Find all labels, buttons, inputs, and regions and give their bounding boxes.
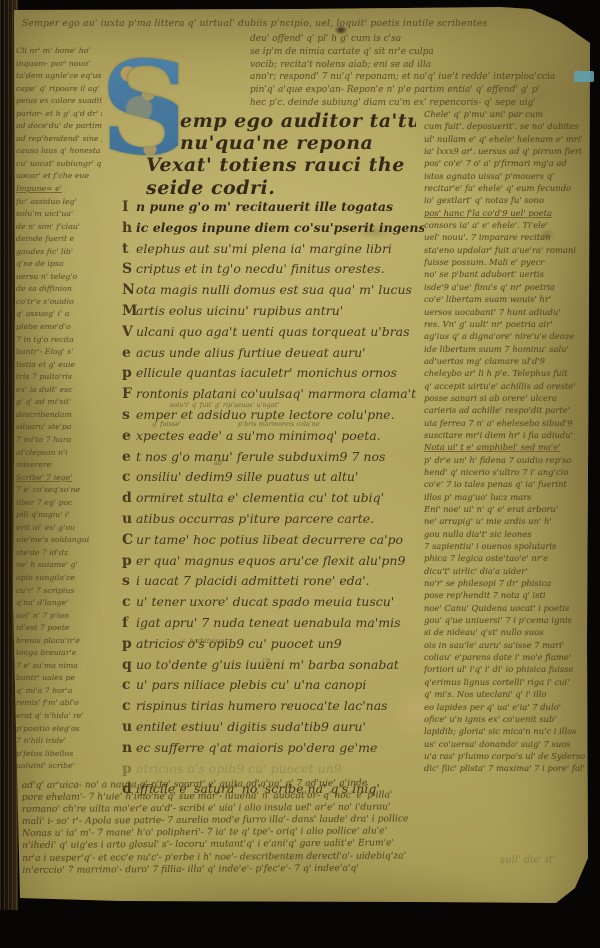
verse-line: expectes eade' a su'mo minimoq' poeta.	[122, 426, 424, 447]
verse-text: rispinus tirias humero reuoca'te lac'nas	[136, 698, 388, 713]
gloss-line: cape' q' ripoare il ag'	[16, 83, 102, 96]
gloss-line: fic' assiduo leg'	[16, 196, 102, 209]
gloss-line: ex' ia dult' esc	[16, 384, 102, 397]
verse-text: er qua' magnus equos aru'ce flexit alu'p…	[136, 553, 405, 568]
verse-text: elephus aut su'mi plena ia' margine libr…	[136, 241, 392, 256]
incipit-display-script: emp ego auditor ta'tu'nu'qua'ne reponaVe…	[146, 110, 416, 199]
gloss-line: recitar'e' fa' ehele' q' eum fecundo	[424, 182, 586, 194]
gloss-line: gaudes fic' lib'	[16, 246, 102, 259]
versal-letter: p	[122, 760, 136, 780]
gloss-line: 7 n'hili iride'	[16, 735, 102, 748]
versal-letter: c	[122, 468, 136, 488]
interlinear-gloss: i'9	[262, 657, 270, 665]
gloss-line: carieris ad achille' respo'dit parte'	[424, 404, 586, 416]
versal-letter: e	[122, 427, 136, 447]
versal-letter: u	[122, 718, 136, 738]
gloss-line: 7 e' su'ma nima	[16, 660, 102, 673]
versal-letter: p	[122, 364, 136, 384]
verse-text: atibus occurras p'iture parcere carte.	[136, 511, 374, 526]
verse-line: per qua' magnus equos aru'ce flexit alu'…	[122, 551, 424, 572]
verse-line: si uacat 7 placidi admitteti rone' eda'.	[122, 571, 424, 592]
verse-line: cu' pars niliace plebis cu' u'na canopi	[122, 675, 424, 696]
versal-letter: p	[122, 552, 136, 572]
gloss-line: plebe eme'd'o	[16, 321, 102, 334]
gloss-line: bantr'- Elog' s'	[16, 346, 102, 359]
gloss-line: q' accepit uirtu'e' achillis ad oreste'	[424, 380, 586, 392]
gloss-line: fuisse possum. Mali e' pyecr	[424, 256, 586, 268]
gloss-line: io' gestlart' q' notas fu' sono	[424, 194, 586, 206]
gloss-line: cheleybo ar' li h p'e. Telephus fuit	[424, 367, 586, 379]
gloss-line: eo lapides per q' ua' e'ia' 7 dulo'	[424, 701, 586, 713]
gloss-line: dicu't' uirlic' dia'a uider'	[424, 565, 586, 577]
verse-line: uentilet estiuu' digitis suda'tib9 auru'	[122, 717, 424, 738]
gloss-line: al'clepson n'i	[16, 447, 102, 460]
gloss-line: ano'r; respond' 7 nu'q' reponam; et no'q…	[250, 71, 582, 84]
incipit-line: emp ego auditor ta'tu'	[146, 110, 416, 132]
versal-letter: s	[122, 406, 136, 426]
gloss-line: fortiori ul' i'q' i' di' io phisica fuis…	[424, 663, 586, 675]
gloss-line: describendam	[16, 409, 102, 422]
gloss-line: Eni' noe' ui' n' q' e' erat arboru'	[424, 503, 586, 515]
interlinear-gloss: s. barbito'sor'	[182, 637, 227, 645]
gloss-line: breuis placu'ir'e	[16, 635, 102, 648]
gloss-line: Chele' q' p'mu' uni' par cum	[424, 108, 586, 120]
gloss-line: consors ia' a' e' ehele'. Ti'ele'	[424, 219, 586, 231]
versal-letter: p	[122, 635, 136, 655]
gloss-line: gou' q'ue uniuersi' 7 i p'cema ignis	[424, 614, 586, 626]
gloss-line: co'e' 7 io tales penas q' ia' fuerint	[424, 478, 586, 490]
verse-line: Scriptus et in tg'o necdu' finitus orest…	[122, 259, 424, 280]
versal-letter: c	[122, 676, 136, 696]
verse-text: igat apru' 7 nuda teneat uenabula ma'mis	[136, 615, 401, 630]
gloss-line: pin'q' a'que expo'an- Repon'e n' p'e par…	[250, 84, 582, 97]
gloss-line: phica 7 legica oste'tao'e' nr'e	[424, 552, 586, 564]
gloss-line: uie'me's soldangui	[16, 534, 102, 547]
versal-letter: u	[122, 510, 136, 530]
verse-line: uatibus occurras p'iture parcere carte.	[122, 509, 424, 530]
versal-letter: C	[122, 531, 136, 551]
verse-text: u' tener uxore' ducat spado meuia tuscu'	[136, 594, 394, 609]
verse-line: quo to'dente g'uis iuueni m' barba sonab…	[122, 655, 424, 676]
interlinear-gloss: p'bris marmoreis cola'ne	[238, 420, 320, 428]
versal-letter: t	[122, 240, 136, 260]
versal-letter: e	[122, 344, 136, 364]
gloss-line: q' mi's. Nos uteclani' q' i' illo	[424, 688, 586, 700]
gloss-line: no' se p'bant adubort' uertis	[424, 268, 586, 280]
gloss-line: coliau' e'parens date i' mo'e flame'	[424, 651, 586, 663]
gloss-line: solu'm uict'ua'	[16, 208, 102, 221]
gloss-line: deinde fuerit e	[16, 233, 102, 246]
gloss-line: ne' arrapig' u' mie ardis un' h'	[424, 515, 586, 527]
gloss-line: 7 sapientiu' i ouenos spolutaris	[424, 540, 586, 552]
gloss-line: illos p' mag'uo' lucz mars	[424, 491, 586, 503]
verse-line: hic elegos inpune diem co'su'pserit inge…	[122, 218, 424, 239]
verse-text: onsiliu' dedim9 sille puatus ut altu'	[136, 469, 358, 484]
gloss-line: q'ne de ipsa	[16, 258, 102, 271]
gloss-line: ide libertum suum 7 hominu' salu'	[424, 343, 586, 355]
gloss-line: vocib; recita't nolens aiab; eni se ad i…	[250, 59, 582, 72]
verse-text: ur tame' hoc potius libeat decurrere ca'…	[136, 532, 403, 547]
gloss-line: pos' hanc f'la co'd'9 uel' poeta	[424, 207, 586, 219]
gloss-line: cu'r' 7 scripius	[16, 585, 102, 598]
gloss-line: uocar' et f'che eue	[16, 170, 102, 183]
gloss-line: ne' h suiame' g'	[16, 559, 102, 572]
gloss-line: miserere	[16, 459, 102, 472]
verse-line: Cur tame' hoc potius libeat decurrere ca…	[122, 530, 424, 551]
verse-line: Martis eolus uicinu' rupibus antru'	[122, 301, 424, 322]
gloss-line: deu' offend' q' pl' h g' cum is c'sa	[250, 33, 582, 46]
gloss-line: inquam- por' nouo'	[16, 58, 102, 71]
verse-line: pellicule quantas iaculetr' monichus orn…	[122, 363, 424, 384]
gloss-line: 7 mi'ta 7 hara	[16, 434, 102, 447]
verse-text: rontonis platani co'uulsaq' marmora clam…	[136, 386, 416, 401]
verse-line: eacus unde alius furtiue deueat auru'	[122, 343, 424, 364]
right-margin-commentary-column: Chele' q' p'mu' uni' par cumcum fuit'. d…	[424, 108, 586, 775]
gloss-line: cu' uocat' subiungr' q' se	[16, 158, 102, 171]
versal-letter: M	[122, 302, 136, 322]
versal-letter: f	[122, 614, 136, 634]
interlinear-gloss: ad'	[214, 459, 224, 467]
verse-line: Vulcani quo aga't uenti quas torqueat u'…	[122, 322, 424, 343]
versal-letter: q	[122, 656, 136, 676]
versal-letter: I	[122, 198, 136, 218]
interlinear-gloss: solu't' q' fuit' g' rip'seuas' u'ngat'	[170, 401, 279, 409]
left-margin-gloss-column: Cli nr' m' bone' ho'inquam- por' nouo'ta…	[16, 45, 102, 773]
gloss-line: no'r' se philesopi 7 dr' phisica	[424, 577, 586, 589]
gloss-line: 7 e' co'seq'so'ne	[16, 484, 102, 497]
foot-inscription: sull' die' it'	[500, 855, 555, 866]
gloss-line: posse sanari si ab orere' ulcera	[424, 392, 586, 404]
gloss-line: p'fetos libellos	[16, 748, 102, 761]
verse-text: ormiret stulta e' clementia cu' tot ubiq…	[136, 490, 384, 505]
verse-line: nec sufferre q'at maioris po'dera ge'me	[122, 738, 424, 759]
parchment-page: Semper ego au' iuxta p'ma littera q' uir…	[0, 0, 600, 948]
gloss-line: peius ex calore suadi9	[16, 95, 102, 108]
verse-text: ota magis nulli domus est sua qua' m' lu…	[136, 282, 412, 297]
main-verse-column: In pune g'o m' recitauerit ille togatash…	[122, 197, 424, 800]
gloss-line: longa breuiar'e	[16, 647, 102, 660]
verse-line: patricios o's opib9 cu' puocet un9	[122, 759, 424, 780]
verse-text: xpectes eade' a su'mo minimoq' poeta.	[136, 428, 381, 443]
blue-pigment-mark	[574, 71, 594, 82]
verse-line: crispinus tirias humero reuoca'te lac'na…	[122, 696, 424, 717]
verse-line: patricios o's opib9 cu' puocet un9	[122, 634, 424, 655]
gloss-line: de n' sim' f'clau'	[16, 221, 102, 234]
verse-line: et nos g'o manu' ferule subduxim9 7 nos	[122, 447, 424, 468]
interlinear-gloss: q' fuisse'	[152, 420, 181, 428]
gloss-line: q' assuog' i' a	[16, 308, 102, 321]
gloss-line: remis' f'm' abl'o	[16, 697, 102, 710]
gloss-line: ofice' u'n ignis ex' co'uenit sub'	[424, 713, 586, 725]
gloss-line: de sa diffinion	[16, 283, 102, 296]
gloss-line: Cli nr' m' bone' ho'	[16, 45, 102, 58]
gloss-line: sta'eno updolar' fuit a'ue'ra' romani	[424, 244, 586, 256]
gloss-line: uia ferrea 7 n' a' ehelesebo sibud'9	[424, 417, 586, 429]
gloss-line: ia' lxxx9 ar'. uersus ad q' pirrum fieri	[424, 145, 586, 157]
gloss-line: dic' fiic' plista' 7 maxima' 7 i pore' f…	[424, 762, 586, 774]
gloss-line: cum fuit'. deposuerit'. se no' dubites	[424, 120, 586, 132]
verse-line: Nota magis nulli domus est sua qua' m' l…	[122, 280, 424, 301]
verse-line: dormiret stulta e' clementia cu' tot ubi…	[122, 488, 424, 509]
verse-line: figat apru' 7 nuda teneat uenabula ma'mi…	[122, 613, 424, 634]
gloss-line: erat q' n'hida' re'	[16, 710, 102, 723]
incipit-line: Vexat' totiens rauci the	[146, 154, 416, 176]
gloss-line: res. Vn' g' uult' nr' poetria air'	[424, 318, 586, 330]
gloss-line: apio sungila'ce	[16, 572, 102, 585]
incipit-line: seide codri.	[146, 177, 416, 199]
verse-text: atricios o's opib9 cu' puocet un9	[136, 761, 342, 776]
versal-letter: F	[122, 385, 136, 405]
gloss-line: si de nideau' q'st' nullo suos	[424, 626, 586, 638]
gloss-line: lapidib; gloria' sic mica'n nu'c i illos	[424, 725, 586, 737]
gloss-line: ad'uertos mg' clamare ul'd'9	[424, 355, 586, 367]
gloss-line: pos' co'e' 7 o' a' p'firmari mg'a ad	[424, 157, 586, 169]
gloss-line: g' q' ad mi'sit'	[16, 396, 102, 409]
gloss-line: se ip'm de nimia cartate q' sit nr'e cul…	[250, 46, 582, 59]
versal-letter: e	[122, 448, 136, 468]
gloss-line: u'a ras' p'luimo corpo's ul' de Syderso	[424, 750, 586, 762]
top-right-gloss-block: deu' offend' q' pl' h g' cum is c'sase i…	[250, 33, 582, 110]
gloss-line: erit ui' ex' g'ou	[16, 522, 102, 535]
gloss-line: pili q'nagiu' i'	[16, 509, 102, 522]
versal-letter: S	[122, 260, 136, 280]
gloss-line: ta'dem agnle'ce eq'us	[16, 70, 102, 83]
gloss-line: hend' q' nicerio s'ultro 7 i' ang'cio	[424, 466, 586, 478]
gloss-line: istos agnato uissa' p'mouers q'	[424, 170, 586, 182]
versal-letter: d	[122, 489, 136, 509]
gloss-line: noe' Canu' Quidena uocat' i poetis	[424, 602, 586, 614]
verse-text: t nos g'o manu' ferule subduxim9 7 nos	[136, 449, 385, 464]
verse-text: ec sufferre q'at maioris po'dera ge'me	[136, 740, 377, 755]
versal-letter: s	[122, 572, 136, 592]
gloss-line: tris 7 pulto'ris	[16, 371, 102, 384]
verse-line: consiliu' dedim9 sille puatus ut altu'	[122, 467, 424, 488]
gloss-line: q'erimus lignus cortelli' riga i' cui'	[424, 676, 586, 688]
verse-line: telephus aut su'mi plena ia' margine lib…	[122, 239, 424, 260]
gloss-line: uoluint' scribe'	[16, 760, 102, 773]
gloss-line: uel' nouu'. 7 imparare recitan	[424, 231, 586, 243]
verse-line: cu' tener uxore' ducat spado meuia tuscu…	[122, 592, 424, 613]
gloss-line: ois in sau'le' auru' sa'isse 7 mari'	[424, 639, 586, 651]
gloss-line: pose rep'hendit 7 nota q' isti	[424, 589, 586, 601]
verse-text: entilet estiuu' digitis suda'tib9 auru'	[136, 719, 366, 734]
gloss-line: isde'9 a'ue' finu's q' nr' poetria	[424, 281, 586, 293]
verse-text: n pune g'o m' recitauerit ille togatas	[136, 199, 393, 214]
verse-text: i uacat 7 placidi admitteti rone' eda'.	[136, 573, 370, 588]
gloss-line: causa laus q' honesta re	[16, 145, 102, 158]
gloss-line: liber 7 eg' poc	[16, 497, 102, 510]
versal-letter: N	[122, 281, 136, 301]
versal-letter: c	[122, 697, 136, 717]
verse-text: ulcani quo aga't uenti quas torqueat u'b…	[136, 324, 410, 339]
verse-text: u' pars niliace plebis cu' u'na canopi	[136, 677, 366, 692]
gloss-line: ad rep'hendend' sine pia	[16, 133, 102, 146]
gloss-line: siluaru' ste'pa	[16, 421, 102, 434]
gloss-line: gou nulla dia't' sic leones	[424, 528, 586, 540]
verse-text: ic elegos inpune diem co'su'pserit ingen…	[136, 220, 424, 235]
versal-letter: V	[122, 323, 136, 343]
versal-letter: n	[122, 739, 136, 759]
verse-text: artis eolus uicinu' rupibus antru'	[136, 303, 343, 318]
gloss-line: co'e' libertam suam wouis' hr'	[424, 293, 586, 305]
gloss-line: 7 in tg'o recita	[16, 334, 102, 347]
gloss-line: uel' n' 7 p'ion	[16, 610, 102, 623]
gloss-line: uersos uocabant' 7 hunt adiudu'	[424, 306, 586, 318]
gloss-line: bantr' uales pe	[16, 672, 102, 685]
verse-text: criptus et in tg'o necdu' finitus oreste…	[136, 261, 385, 276]
gloss-line: q' mi'a 7 hor'a	[16, 685, 102, 698]
gloss-line: tistia et g' euie	[16, 359, 102, 372]
incipit-line: nu'qua'ne repona	[146, 132, 416, 154]
gloss-line: ad doce'du' de partim et	[16, 120, 102, 133]
versal-letter: c	[122, 593, 136, 613]
gloss-line: Scribe' 7 iege'	[16, 472, 102, 485]
verse-text: acus unde alius furtiue deueat auru'	[136, 345, 366, 360]
gloss-line: p'positio eleg'os	[16, 723, 102, 736]
gloss-line: id'est 7 poete	[16, 622, 102, 635]
top-marginal-gloss-line: Semper ego au' iuxta p'ma littera q' uir…	[22, 18, 578, 29]
gloss-line: Impune= e'	[16, 183, 102, 196]
gloss-line: ste'de 7 id'dz	[16, 547, 102, 560]
verse-text: atricios o's opib9 cu' puocet un9	[136, 636, 342, 651]
verse-text: ellicule quantas iaculetr' monichus orno…	[136, 365, 397, 380]
gloss-line: uersu n' teleg'o	[16, 271, 102, 284]
gloss-line: suscitare mr'i diem hr' i fia adiudu'	[424, 429, 586, 441]
gloss-line: us' co'uersa' donando' suig' 7 suos	[424, 738, 586, 750]
gloss-line: p' dr'e un' h' fidena 7 ouidio rep'so	[424, 454, 586, 466]
gloss-line: ul' nullam e' q' ehele' helenam e' mri'	[424, 133, 586, 145]
gloss-line: q'na' d'lange'	[16, 597, 102, 610]
gloss-line: Nota ui' t e' amphibel' sed ma'e'	[424, 441, 586, 453]
verse-line: In pune g'o m' recitauerit ille togatas	[122, 197, 424, 218]
gloss-line: parior- et h g' q'd dr' nos	[16, 108, 102, 121]
versal-letter: h	[122, 219, 136, 239]
gloss-line: ag'ius q' a digna'ore' nire'u'e deoze	[424, 330, 586, 342]
gloss-line: co'tr'e s'ouidio	[16, 296, 102, 309]
